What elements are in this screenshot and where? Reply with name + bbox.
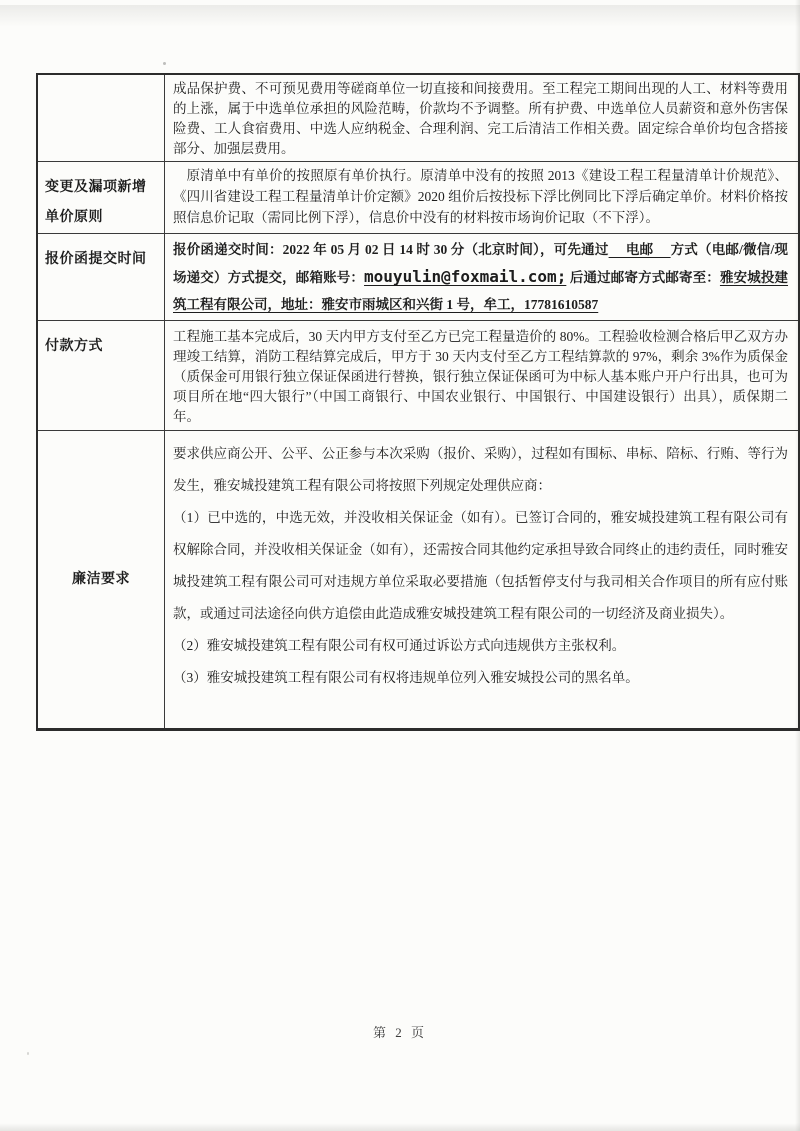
- delivery-method-underlined: 电邮: [609, 242, 671, 257]
- page-number: 第 2 页: [0, 1022, 800, 1041]
- payment-method-text: 工程施工基本完成后，30 天内甲方支付至乙方已完工程量造价的 80%。工程验收检…: [173, 327, 788, 427]
- integrity-item-3: （3）雅安城投建筑工程有限公司有权将违规单位列入雅安城投公司的黑名单。: [173, 662, 788, 694]
- table-row-change-pricing-principle: 变更及漏项新增单价原则 原清单中有单价的按照原有单价执行。原清单中没有的按照 2…: [37, 162, 799, 234]
- deadline-text: 报价函递交时间：2022 年 05 月 02 日 14 时 30 分（北京时间）…: [173, 242, 609, 257]
- row-label-integrity-requirements: 廉洁要求: [37, 431, 165, 730]
- table-row-payment-method: 付款方式 工程施工基本完成后，30 天内甲方支付至乙方已完工程量造价的 80%。…: [37, 321, 799, 431]
- row-label-quotation-deadline: 报价函提交时间: [37, 234, 165, 321]
- scan-smudge-top: [0, 5, 800, 27]
- table-row-quotation-deadline: 报价函提交时间 报价函递交时间：2022 年 05 月 02 日 14 时 30…: [37, 234, 799, 321]
- integrity-requirements-cell: 要求供应商公开、公平、公正参与本次采购（报价、采购），过程如有围标、串标、陪标、…: [165, 431, 800, 730]
- integrity-item-2: （2）雅安城投建筑工程有限公司有权可通过诉讼方式向违规供方主张权利。: [173, 630, 788, 662]
- scanned-document-page: 成品保护费、不可预见费用等磋商单位一切直接和间接费用。至工程完工期间出现的人工、…: [0, 0, 800, 1131]
- scan-speck: [163, 62, 166, 65]
- row-label-empty: [37, 74, 165, 162]
- fees-continued-text: 成品保护费、不可预见费用等磋商单位一切直接和间接费用。至工程完工期间出现的人工、…: [173, 79, 788, 159]
- scan-speck: [27, 1052, 29, 1055]
- mailing-intro-text: 后通过邮寄方式邮寄至：: [566, 270, 720, 285]
- scan-smudge-bottom: [0, 1123, 800, 1131]
- row-label-change-pricing-principle: 变更及漏项新增单价原则: [37, 162, 165, 234]
- quotation-deadline-cell: 报价函递交时间：2022 年 05 月 02 日 14 时 30 分（北京时间）…: [165, 234, 800, 321]
- change-pricing-principle-cell: 原清单中有单价的按照原有单价执行。原清单中没有的按照 2013《建设工程工程量清…: [165, 162, 800, 234]
- contract-terms-table: 成品保护费、不可预见费用等磋商单位一切直接和间接费用。至工程完工期间出现的人工、…: [36, 73, 800, 731]
- fees-continued-cell: 成品保护费、不可预见费用等磋商单位一切直接和间接费用。至工程完工期间出现的人工、…: [165, 74, 800, 162]
- table-row-fees-continued: 成品保护费、不可预见费用等磋商单位一切直接和间接费用。至工程完工期间出现的人工、…: [37, 74, 799, 162]
- row-label-payment-method: 付款方式: [37, 321, 165, 431]
- payment-method-cell: 工程施工基本完成后，30 天内甲方支付至乙方已完工程量造价的 80%。工程验收检…: [165, 321, 800, 431]
- integrity-intro-text: 要求供应商公开、公平、公正参与本次采购（报价、采购），过程如有围标、串标、陪标、…: [173, 438, 788, 502]
- email-address: mouyulin@foxmail.com;: [364, 267, 566, 286]
- change-pricing-principle-text: 原清单中有单价的按照原有单价执行。原清单中没有的按照 2013《建设工程工程量清…: [173, 165, 788, 228]
- integrity-item-1: （1）已中选的，中选无效，并没收相关保证金（如有）。已签订合同的，雅安城投建筑工…: [173, 502, 788, 630]
- table-row-integrity-requirements: 廉洁要求 要求供应商公开、公平、公正参与本次采购（报价、采购），过程如有围标、串…: [37, 431, 799, 730]
